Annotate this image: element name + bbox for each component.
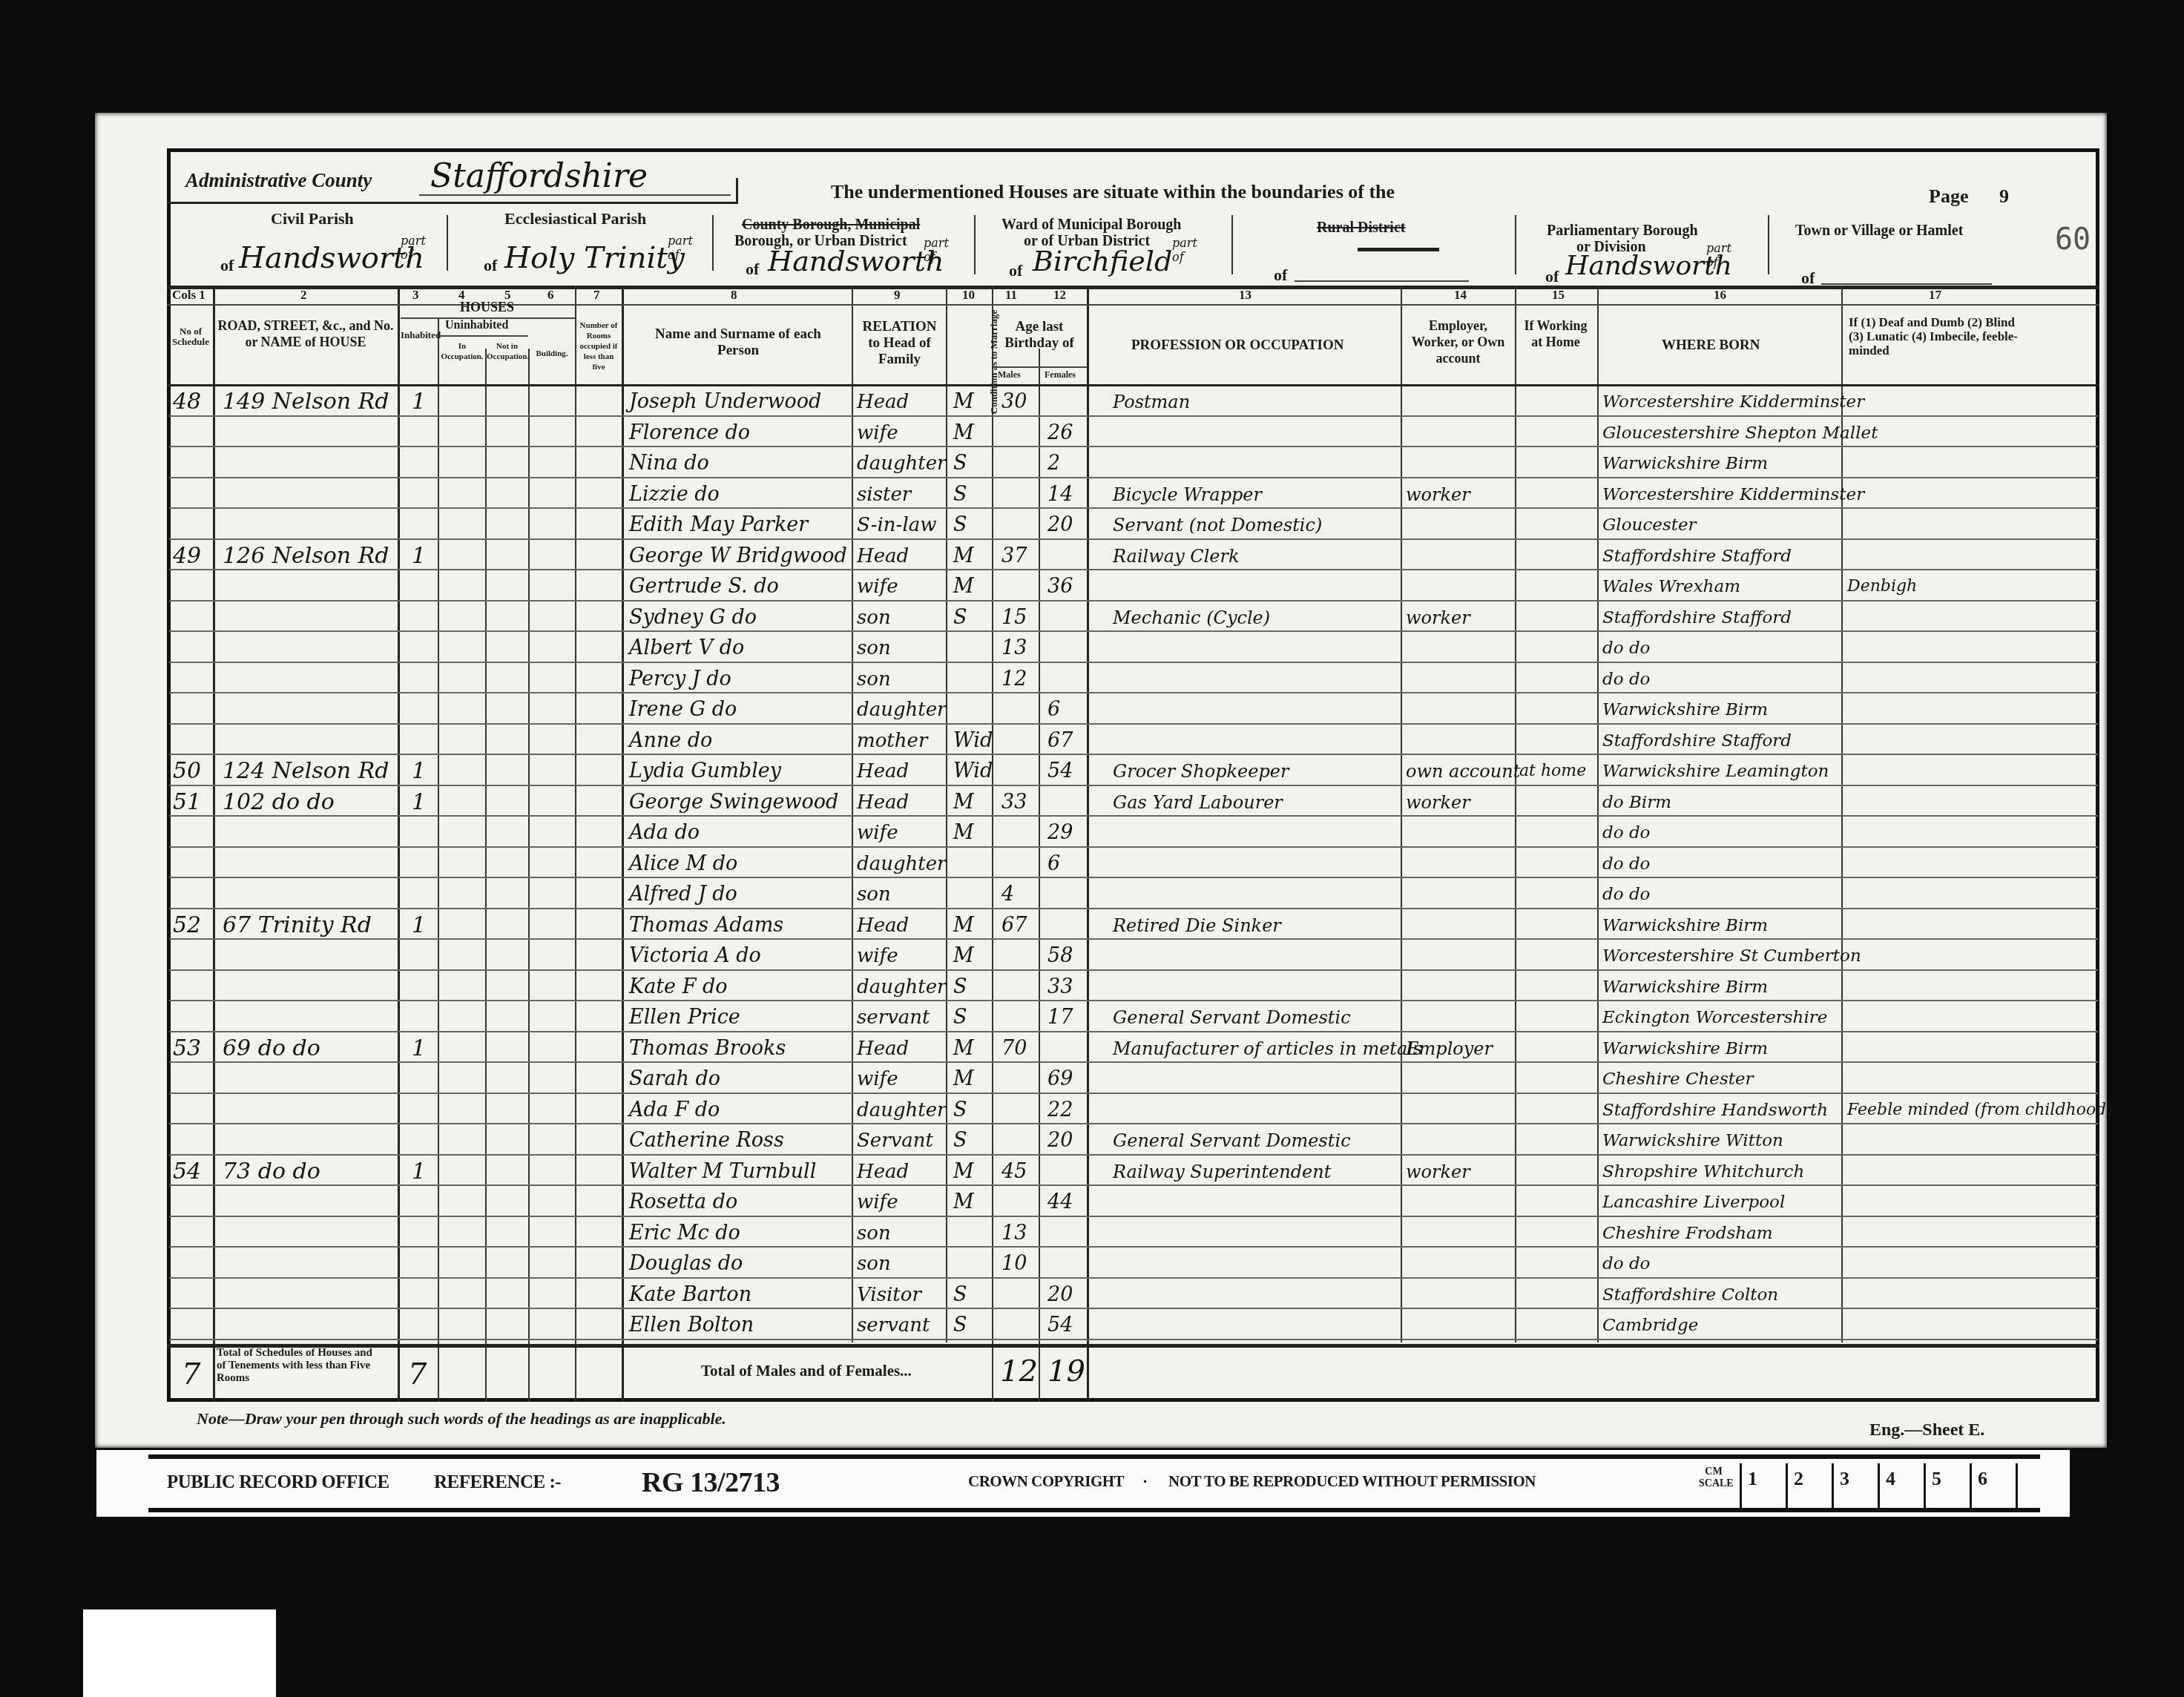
- person-name: Catherine Ross: [629, 1126, 784, 1156]
- birthplace: Staffordshire Handsworth: [1602, 1095, 1828, 1125]
- schedule-no: 49: [173, 541, 201, 571]
- person-name: Ellen Price: [629, 1003, 740, 1032]
- header-relation: RELATION to Head of Family: [857, 319, 942, 368]
- row-rule: [169, 1061, 2098, 1063]
- relation: Head: [857, 788, 909, 817]
- infirmity: Feeble minded (from childhood): [1847, 1095, 2113, 1125]
- ref-top-rule: [148, 1454, 2040, 1459]
- header-building: Building.: [530, 349, 574, 359]
- parl-note: part of: [1706, 241, 1729, 269]
- female-age: 20: [1047, 1126, 1073, 1156]
- female-age: 44: [1047, 1187, 1073, 1217]
- birthplace: Worcestershire Kidderminster: [1602, 387, 1864, 417]
- person-name: Thomas Adams: [629, 911, 783, 940]
- female-age: 20: [1047, 1280, 1073, 1310]
- relation: Visitor: [857, 1280, 921, 1310]
- address: 73 do do: [223, 1157, 320, 1187]
- address: 67 Trinity Rd: [223, 911, 372, 940]
- occupation: Retired Die Sinker: [1113, 911, 1281, 940]
- col-divider-6: [575, 286, 576, 1402]
- county-borough-label-1: County Borough, Municipal: [742, 217, 920, 234]
- row-rule: [169, 415, 2098, 417]
- header-bottom-rule: [167, 384, 2099, 386]
- relation: Head: [857, 757, 909, 786]
- female-age: 58: [1047, 941, 1073, 971]
- birthplace: do do: [1602, 665, 1650, 694]
- marital-condition: S: [953, 1280, 967, 1310]
- inhabited-count: 1: [412, 1157, 426, 1187]
- relation: son: [857, 1219, 891, 1248]
- header-divider: [447, 215, 448, 271]
- situate-text: The undermentioned Houses are situate wi…: [831, 181, 1395, 203]
- employment-status: own account: [1406, 757, 1520, 786]
- admin-county-value: Staffordshire: [430, 157, 648, 195]
- ward-value: Birchfield: [1033, 245, 1172, 277]
- column-number: 14: [1454, 288, 1467, 303]
- header-name: Name and Surname of each Person: [645, 326, 831, 359]
- female-age: 6: [1047, 849, 1060, 879]
- header-where-born: WHERE BORN: [1662, 337, 1760, 354]
- parl-label-1: Parliamentary Borough: [1547, 223, 1698, 240]
- row-rule: [169, 815, 2098, 817]
- person-name: Walter M Turnbull: [629, 1157, 816, 1187]
- header-in-occupation: In Occupation.: [441, 341, 484, 362]
- marital-condition: Wid: [953, 757, 993, 786]
- occupation: General Servant Domestic: [1113, 1126, 1351, 1156]
- inhabited-count: 1: [412, 757, 426, 786]
- relation: Head: [857, 387, 909, 417]
- person-name: Percy J do: [629, 665, 731, 694]
- header-schedule: No of Schedule: [169, 326, 212, 347]
- reference-bar: PUBLIC RECORD OFFICE REFERENCE :- RG 13/…: [96, 1450, 2070, 1517]
- birthplace: Staffordshire Stafford: [1602, 541, 1792, 571]
- person-name: Douglas do: [629, 1249, 743, 1279]
- row-rule: [169, 969, 2098, 971]
- of-text: of: [1545, 267, 1559, 286]
- male-age: 12: [1001, 665, 1027, 694]
- birthplace: do do: [1602, 880, 1650, 909]
- person-name: Anne do: [629, 726, 712, 756]
- birthplace: Wales Wrexham: [1602, 572, 1740, 602]
- row-rule: [169, 569, 2098, 570]
- employment-status: Employer: [1406, 1034, 1493, 1064]
- row-rule: [169, 662, 2098, 663]
- address: 124 Nelson Rd: [223, 757, 389, 786]
- person-name: Kate Barton: [629, 1280, 751, 1310]
- admin-county-label: Administrative County: [185, 169, 372, 192]
- person-name: Sarah do: [629, 1064, 720, 1094]
- total-males: 12: [1000, 1354, 1038, 1388]
- inhabited-count: 1: [412, 788, 426, 817]
- admin-county-underline: [419, 194, 731, 196]
- marital-condition: S: [953, 1126, 967, 1156]
- county-borough-note: part of: [924, 236, 946, 264]
- birthplace: Gloucestershire Shepton Mallet: [1602, 418, 1878, 448]
- row-rule: [169, 723, 2098, 725]
- scale-mark: 2: [1786, 1463, 1832, 1508]
- birthplace: Worcestershire St Cumberton: [1602, 941, 1861, 971]
- scale-mark: 4: [1878, 1463, 1924, 1508]
- male-age: 13: [1001, 633, 1027, 663]
- relation: wife: [857, 818, 898, 848]
- header-not-in-occupation: Not in Occupation.: [487, 341, 527, 362]
- civil-parish-value: Handsworth: [239, 241, 424, 275]
- age-rule: [993, 366, 1087, 368]
- col-divider-2: [398, 286, 400, 1402]
- total-schedules-label: Total of Schedules of Houses and of Tene…: [217, 1347, 376, 1385]
- occupation: General Servant Domestic: [1113, 1003, 1351, 1032]
- employment-status: worker: [1406, 1157, 1470, 1187]
- of-text: of: [746, 260, 759, 279]
- female-age: 2: [1047, 449, 1060, 478]
- male-age: 70: [1001, 1034, 1027, 1064]
- female-age: 22: [1047, 1095, 1073, 1125]
- birthplace: Shropshire Whitchurch: [1602, 1157, 1804, 1187]
- marital-condition: S: [953, 510, 967, 540]
- relation: son: [857, 1249, 891, 1279]
- marital-condition: M: [953, 387, 974, 417]
- row-rule: [169, 1184, 2098, 1186]
- column-number: Cols 1: [172, 288, 205, 303]
- relation: Head: [857, 1034, 909, 1064]
- inhabited-count: 1: [412, 387, 426, 417]
- marital-condition: Wid: [953, 726, 993, 756]
- total-females: 19: [1047, 1354, 1085, 1388]
- row-rule: [169, 600, 2098, 602]
- header-females: Females: [1045, 369, 1076, 380]
- marital-condition: M: [953, 572, 974, 602]
- address: 149 Nelson Rd: [223, 387, 389, 417]
- person-name: Alice M do: [629, 849, 737, 879]
- ward-label-1-text: Ward of Municipal Borough: [1001, 217, 1181, 233]
- relation: daughter: [857, 972, 947, 1002]
- schedule-no: 48: [173, 387, 201, 417]
- eccl-parish-note: part of: [668, 234, 690, 262]
- header-divider: [1231, 215, 1233, 274]
- birthplace: Warwickshire Witton: [1602, 1126, 1783, 1156]
- birthplace: Staffordshire Stafford: [1602, 726, 1792, 756]
- person-name: Ada F do: [629, 1095, 720, 1125]
- header-uninhabited: Uninhabited: [445, 319, 508, 332]
- col-divider-11: [1039, 349, 1040, 1402]
- marital-condition: S: [953, 1003, 967, 1032]
- scale-mark: 1: [1740, 1463, 1786, 1508]
- schedule-no: 52: [173, 911, 201, 940]
- birthplace: do Birm: [1602, 788, 1671, 817]
- column-number: 9: [894, 288, 901, 303]
- parl-label-1-text: Parliamentary Borough: [1547, 223, 1698, 239]
- female-age: 29: [1047, 818, 1073, 848]
- column-number: 17: [1929, 288, 1941, 303]
- civil-parish-label: Civil Parish: [271, 209, 354, 228]
- column-number: 10: [962, 288, 975, 303]
- employment-status: worker: [1406, 480, 1470, 510]
- occupation: Grocer Shopkeeper: [1113, 757, 1289, 786]
- birthplace: Cambridge: [1602, 1311, 1698, 1340]
- header-divider: [712, 215, 714, 271]
- relation: wife: [857, 1187, 898, 1217]
- birthplace: Staffordshire Stafford: [1602, 603, 1792, 633]
- occupation: Bicycle Wrapper: [1113, 480, 1262, 510]
- white-patch: [83, 1609, 276, 1697]
- scale-end: [2016, 1463, 2062, 1508]
- birthplace: Cheshire Chester: [1602, 1064, 1754, 1094]
- scale-mark: 6: [1970, 1463, 2016, 1508]
- row-rule: [169, 908, 2098, 909]
- of-text: of: [220, 256, 234, 275]
- occupation: Railway Superintendent: [1113, 1157, 1331, 1187]
- column-number-rule: [167, 304, 2099, 306]
- relation: daughter: [857, 449, 947, 478]
- marital-condition: S: [953, 449, 967, 478]
- schedule-no: 54: [173, 1157, 201, 1187]
- col-divider-3: [438, 319, 439, 1402]
- female-age: 36: [1047, 572, 1073, 602]
- row-rule: [169, 754, 2098, 755]
- relation: son: [857, 633, 891, 663]
- birthplace: Cheshire Frodsham: [1602, 1219, 1773, 1248]
- ref-office: PUBLIC RECORD OFFICE: [167, 1472, 389, 1493]
- rural-district-value-line: [1295, 280, 1469, 282]
- header-divider: [974, 215, 976, 274]
- header-rooms: Number of Rooms occupied if less than fi…: [577, 320, 620, 372]
- town-value-line: [1821, 283, 1992, 285]
- person-name: George W Bridgwood: [629, 541, 847, 571]
- marital-condition: M: [953, 1034, 974, 1064]
- relation: daughter: [857, 1095, 947, 1125]
- ref-separator: ·: [1142, 1472, 1148, 1491]
- admin-county-box-right: [736, 178, 738, 203]
- birthplace: Worcestershire Kidderminster: [1602, 480, 1864, 510]
- column-number: 8: [731, 288, 737, 303]
- row-rule: [169, 507, 2098, 509]
- relation: servant: [857, 1311, 930, 1340]
- town-label: Town or Village or Hamlet: [1795, 223, 1963, 240]
- marital-condition: M: [953, 818, 974, 848]
- employment-status: worker: [1406, 788, 1470, 817]
- person-name: Lydia Gumbley: [629, 757, 781, 786]
- male-age: 67: [1001, 911, 1027, 940]
- address: 102 do do: [223, 788, 335, 817]
- male-age: 37: [1001, 541, 1027, 571]
- relation: wife: [857, 572, 898, 602]
- column-number: 6: [547, 288, 554, 303]
- marital-condition: S: [953, 972, 967, 1002]
- row-rule: [169, 1154, 2098, 1156]
- person-name: Ada do: [629, 818, 700, 848]
- header-inhabited: Inhabited: [401, 330, 438, 340]
- col-divider-4: [485, 349, 487, 1402]
- address: 126 Nelson Rd: [223, 541, 389, 571]
- relation: son: [857, 665, 891, 694]
- row-rule: [169, 938, 2098, 940]
- inhabited-count: 1: [412, 911, 426, 940]
- occupation: Postman: [1113, 387, 1190, 417]
- birthplace: do do: [1602, 849, 1650, 879]
- row-rule: [169, 1000, 2098, 1001]
- col-divider-1: [213, 286, 215, 1402]
- scale-mark: 5: [1924, 1463, 1970, 1508]
- row-rule: [169, 446, 2098, 447]
- person-name: Joseph Underwood: [629, 387, 821, 417]
- marital-condition: S: [953, 480, 967, 510]
- schedule-no: 50: [173, 757, 201, 786]
- marital-condition: S: [953, 603, 967, 633]
- female-age: 14: [1047, 480, 1073, 510]
- ref-permission: NOT TO BE REPRODUCED WITHOUT PERMISSION: [1168, 1472, 1536, 1491]
- person-name: Nina do: [629, 449, 709, 478]
- header-houses: HOUSES: [460, 300, 514, 315]
- infirmity: Denbigh: [1847, 572, 1917, 602]
- male-age: 4: [1001, 880, 1014, 909]
- col-divider-10: [992, 286, 993, 1402]
- person-name: Rosetta do: [629, 1187, 737, 1217]
- totals-rule: [167, 1344, 2099, 1348]
- marital-condition: S: [953, 1311, 967, 1340]
- header-infirmity: If (1) Deaf and Dumb (2) Blind (3) Lunat…: [1849, 315, 2019, 357]
- ref-bottom-rule: [148, 1508, 2040, 1512]
- birthplace: Warwickshire Leamington: [1602, 757, 1829, 786]
- county-borough-value: Handsworth: [768, 245, 944, 277]
- marital-condition: M: [953, 418, 974, 448]
- female-age: 33: [1047, 972, 1073, 1002]
- sheet-label: Eng.—Sheet E.: [1869, 1420, 1984, 1440]
- marital-condition: M: [953, 1064, 974, 1094]
- female-age: 20: [1047, 510, 1073, 540]
- relation: mother: [857, 726, 927, 756]
- relation: servant: [857, 1003, 930, 1032]
- row-rule: [169, 1093, 2098, 1094]
- occupation: Servant (not Domestic): [1113, 510, 1322, 540]
- birthplace: Lancashire Liverpool: [1602, 1187, 1785, 1217]
- relation: Servant: [857, 1126, 933, 1156]
- of-text: of: [1009, 261, 1022, 280]
- relation: Head: [857, 1157, 909, 1187]
- relation: wife: [857, 418, 898, 448]
- header-working-home: If Working at Home: [1519, 317, 1593, 350]
- birthplace: Warwickshire Birm: [1602, 695, 1768, 725]
- male-age: 13: [1001, 1219, 1027, 1248]
- working-at-home: at home: [1519, 757, 1586, 786]
- birthplace: Warwickshire Birm: [1602, 972, 1768, 1002]
- person-name: Ellen Bolton: [629, 1311, 754, 1340]
- rural-district-label: Rural District: [1317, 220, 1405, 237]
- header-employer: Employer, Worker, or Own account: [1404, 317, 1512, 366]
- birthplace: Warwickshire Birm: [1602, 911, 1768, 940]
- male-age: 33: [1001, 788, 1027, 817]
- birthplace: Eckington Worcestershire: [1602, 1003, 1827, 1032]
- of-text: of: [484, 256, 497, 275]
- male-age: 15: [1001, 603, 1027, 633]
- ref-copyright: CROWN COPYRIGHT: [968, 1472, 1124, 1491]
- marital-condition: M: [953, 1187, 974, 1217]
- female-age: 26: [1047, 418, 1073, 448]
- schedule-no: 53: [173, 1034, 201, 1064]
- page-label: Page: [1929, 185, 1968, 208]
- marital-condition: M: [953, 1157, 974, 1187]
- birthplace: Staffordshire Colton: [1602, 1280, 1778, 1310]
- person-name: Thomas Brooks: [629, 1034, 786, 1064]
- occupation: Mechanic (Cycle): [1113, 603, 1270, 633]
- ref-value: RG 13/2713: [642, 1466, 780, 1499]
- footnote: Note—Draw your pen through such words of…: [197, 1409, 726, 1429]
- row-rule: [169, 538, 2098, 540]
- person-name: Florence do: [629, 418, 750, 448]
- ward-label-1: Ward of Municipal Borough: [1001, 217, 1181, 234]
- scale-mark: 3: [1832, 1463, 1878, 1508]
- header-occupation: PROFESSION OR OCCUPATION: [1131, 337, 1343, 354]
- relation: sister: [857, 480, 911, 510]
- relation: son: [857, 603, 891, 633]
- birthplace: do do: [1602, 818, 1650, 848]
- row-rule: [169, 630, 2098, 632]
- of-text: of: [1274, 266, 1287, 285]
- female-age: 67: [1047, 726, 1073, 756]
- relation: daughter: [857, 849, 947, 879]
- table-top-rule: [167, 286, 2099, 289]
- male-age: 45: [1001, 1157, 1027, 1187]
- row-rule: [169, 1216, 2098, 1217]
- relation: daughter: [857, 695, 947, 725]
- female-age: 17: [1047, 1003, 1073, 1032]
- eccl-parish-label: Ecclesiastical Parish: [504, 209, 646, 228]
- eccl-parish-value: Holy Trinity: [504, 241, 685, 275]
- person-name: Eric Mc do: [629, 1219, 740, 1248]
- column-number: 2: [300, 288, 307, 303]
- relation: Head: [857, 911, 909, 940]
- ref-label: REFERENCE :-: [434, 1472, 561, 1493]
- row-rule: [169, 692, 2098, 693]
- col-divider-12: [1087, 286, 1089, 1402]
- row-rule: [169, 877, 2098, 878]
- column-number: 11: [1005, 288, 1017, 303]
- total-persons-label: Total of Males and of Females...: [701, 1362, 912, 1380]
- header-age: Age last Birthday of: [998, 319, 1081, 352]
- birthplace: Warwickshire Birm: [1602, 449, 1768, 478]
- female-age: 54: [1047, 757, 1073, 786]
- uninhabited-rule: [439, 335, 528, 337]
- header-males: Males: [998, 369, 1021, 380]
- row-rule: [169, 477, 2098, 478]
- row-rule: [169, 1277, 2098, 1279]
- occupation: Railway Clerk: [1113, 541, 1240, 571]
- marital-condition: M: [953, 541, 974, 571]
- person-name: Edith May Parker: [629, 510, 808, 540]
- marital-condition: M: [953, 941, 974, 971]
- header-divider: [1768, 215, 1769, 274]
- marital-condition: M: [953, 788, 974, 817]
- column-number: 7: [593, 288, 600, 303]
- female-age: 69: [1047, 1064, 1073, 1094]
- female-age: 54: [1047, 1311, 1073, 1340]
- inhabited-count: 1: [412, 541, 426, 571]
- row-rule: [169, 1308, 2098, 1309]
- person-name: Alfred J do: [629, 880, 737, 909]
- male-age: 10: [1001, 1249, 1027, 1279]
- column-number: 15: [1552, 288, 1565, 303]
- header-road: ROAD, STREET, &c., and No. or NAME of HO…: [217, 317, 395, 350]
- person-name: Lizzie do: [629, 480, 720, 510]
- col-divider-5: [528, 349, 530, 1402]
- admin-county-box-bottom: [167, 202, 738, 204]
- page-number: 9: [1999, 185, 2009, 208]
- schedule-no: 51: [173, 788, 201, 817]
- column-number: 12: [1053, 288, 1066, 303]
- female-age: 6: [1047, 695, 1060, 725]
- person-name: George Swingewood: [629, 788, 838, 817]
- employment-status: worker: [1406, 603, 1470, 633]
- column-number: 3: [412, 288, 419, 303]
